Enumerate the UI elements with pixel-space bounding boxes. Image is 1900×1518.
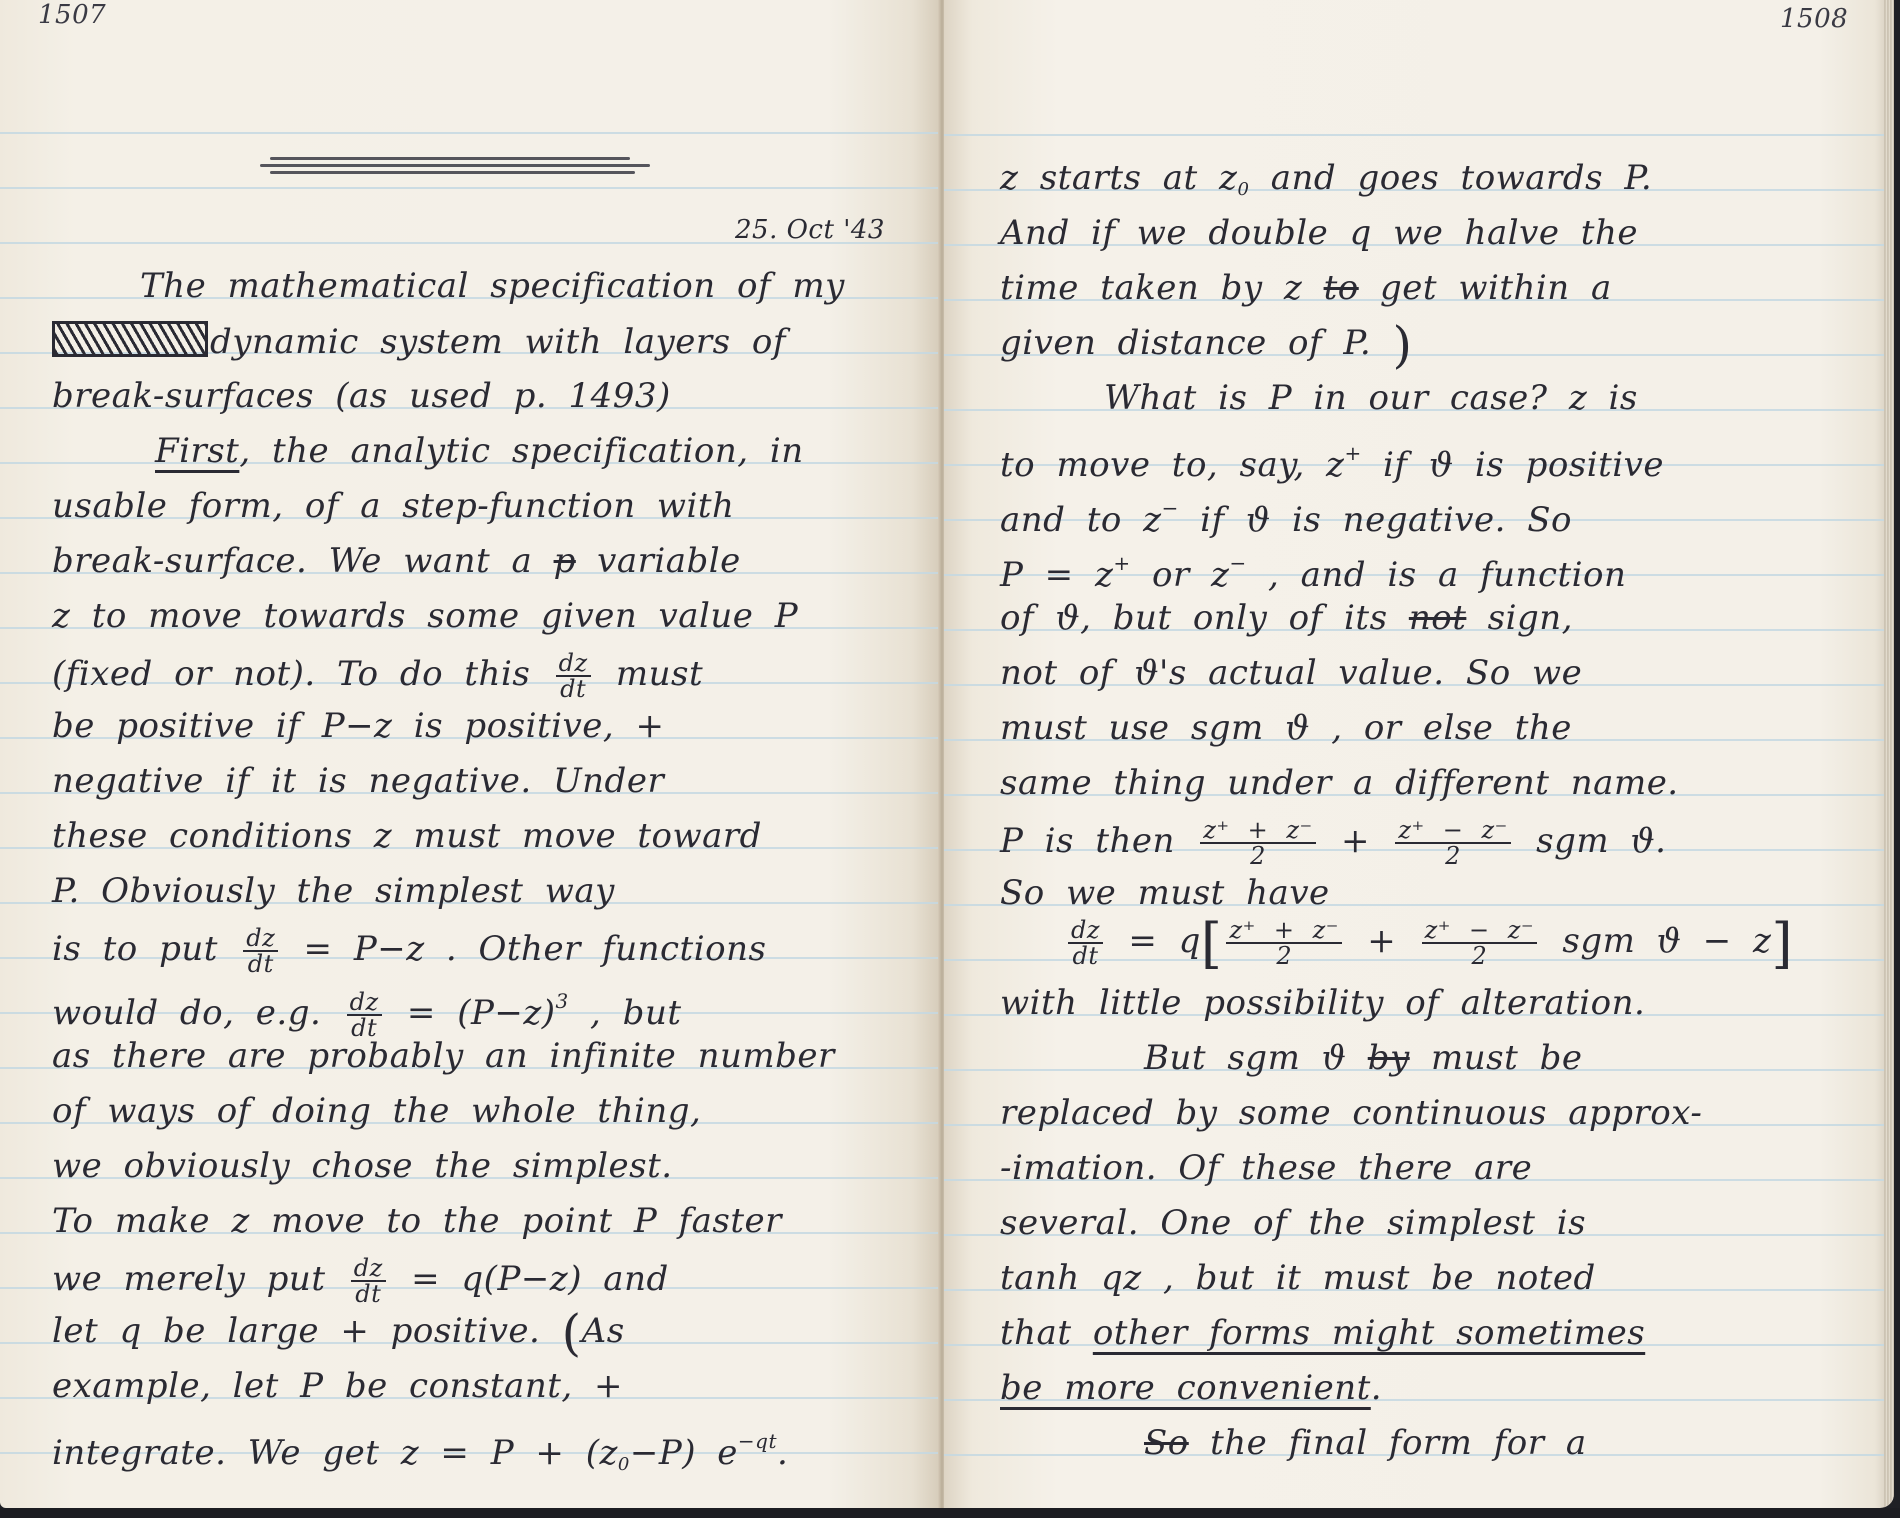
text-line: But sgm ϑ by must be [1144, 1038, 1582, 1078]
text-line: let q be large + positive. (As [52, 1311, 625, 1353]
text-line: break-surface. We want a p variable [52, 541, 741, 581]
text-line: time taken by z to get within a [1000, 268, 1612, 308]
text-line: P. Obviously the simplest way [52, 871, 615, 911]
fraction: z⁺ − z⁻2 [1395, 818, 1511, 868]
fraction: dzdt [347, 990, 382, 1040]
text-line: replaced by some continuous approx- [1000, 1093, 1702, 1133]
text-line: To make z move to the point P faster [52, 1201, 782, 1241]
text-line: we merely put dzdt = q(P−z) and [52, 1256, 669, 1306]
entry-date: 25. Oct '43 [735, 215, 885, 245]
text-line: be more convenient. [1000, 1368, 1382, 1408]
text-line: break-surfaces (as used p. 1493) [52, 376, 671, 416]
fraction: z⁺ − z⁻2 [1422, 918, 1538, 968]
text-line: as there are probably an infinite number [52, 1036, 835, 1076]
page-number: 1508 [1780, 4, 1848, 34]
text-line: negative if it is negative. Under [52, 761, 664, 801]
text-line: same thing under a different name. [1000, 763, 1679, 803]
text-line: z starts at z0 and goes towards P. [1000, 158, 1652, 210]
ruled-line [0, 187, 940, 189]
ruled-line [944, 134, 1894, 136]
fraction: dzdt [1068, 918, 1103, 968]
notebook-spread: 1507 25. Oct '43 The mathematical specif… [0, 0, 1900, 1508]
text-line: z to move towards some given value P [52, 596, 798, 636]
text-line: and to z− if ϑ is negative. So [1000, 488, 1572, 540]
text-line: tanh qz , but it must be noted [1000, 1258, 1596, 1298]
fraction: z⁺ + z⁻2 [1226, 918, 1342, 968]
text-line: First, the analytic specification, in [155, 431, 804, 471]
text-line: integrate. We get z = P + (z0−P) e−qt. [52, 1421, 788, 1485]
text-line: dynamic system with layers of [52, 321, 786, 362]
text-line: not of ϑ's actual value. So we [1000, 653, 1582, 693]
text-line: we obviously chose the simplest. [52, 1146, 673, 1186]
page-stack-edge [1884, 0, 1894, 1508]
text-line: What is P in our case? z is [1104, 378, 1638, 418]
text-line: P = z+ or z− , and is a function [1000, 543, 1626, 595]
equation-line: P is then z⁺ + z⁻2 + z⁺ − z⁻2 sgm ϑ. [1000, 818, 1667, 868]
right-page: 1508 z starts at z0 and goes towards P. … [944, 0, 1894, 1508]
ruled-line [0, 132, 940, 134]
text-line: several. One of the simplest is [1000, 1203, 1586, 1243]
fraction: dzdt [243, 926, 278, 976]
text-line: of ways of doing the whole thing, [52, 1091, 701, 1131]
text-line: The mathematical specification of my [140, 266, 845, 306]
page-number: 1507 [38, 0, 106, 30]
fraction: z⁺ + z⁻2 [1200, 818, 1316, 868]
left-page: 1507 25. Oct '43 The mathematical specif… [0, 0, 940, 1508]
text-line: to move to, say, z+ if ϑ is positive [1000, 433, 1664, 485]
text-line: usable form, of a step-function with [52, 486, 734, 526]
text-line: (fixed or not). To do this dzdt must [52, 651, 703, 701]
text-line: these conditions z must move toward [52, 816, 762, 856]
text-line: that other forms might sometimes [1000, 1313, 1645, 1353]
text-line: be positive if P−z is positive, + [52, 706, 664, 746]
crossed-out-words [52, 321, 208, 357]
text-line: And if we double q we halve the [1000, 213, 1638, 253]
text-line: is to put dzdt = P−z . Other functions [52, 926, 766, 976]
text-line: with little possibility of alteration. [1000, 983, 1645, 1023]
text-line: given distance of P. ) [1000, 323, 1413, 365]
text-line: must use sgm ϑ , or else the [1000, 708, 1572, 748]
text-line: -imation. Of these there are [1000, 1148, 1532, 1188]
background-surface [0, 1508, 1900, 1518]
fraction: dzdt [556, 651, 591, 701]
text-line: So we must have [1000, 873, 1330, 913]
fraction: dzdt [351, 1256, 386, 1306]
section-divider [270, 157, 670, 177]
text-line: So the final form for a [1144, 1423, 1587, 1463]
text-line: of ϑ, but only of its not sign, [1000, 598, 1573, 638]
text-line: example, let P be constant, + [52, 1366, 623, 1406]
equation-line: dzdt = q[z⁺ + z⁻2 + z⁺ − z⁻2 sgm ϑ − z] [1064, 918, 1793, 968]
text-line: would do, e.g. dzdt = (P−z)3 , but [52, 981, 682, 1040]
